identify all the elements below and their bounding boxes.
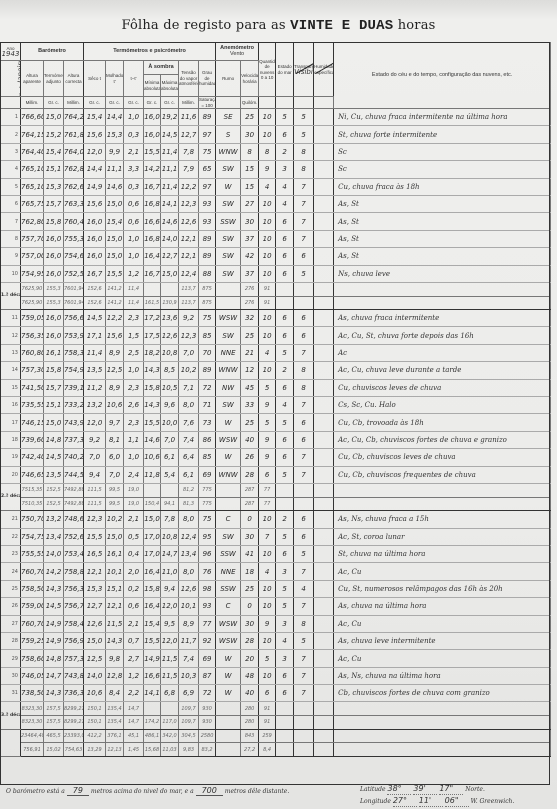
specific-humidity-header: Humidade específica (314, 43, 334, 97)
unit-cell: Gr. c. (44, 97, 64, 109)
vel-cell: 26 (241, 449, 259, 466)
remarks-cell: As, chuva leve intermitente (334, 632, 551, 649)
summary-empty-cell (334, 282, 551, 296)
humidity-specific-cell (314, 615, 334, 632)
summary-cell: 287 (241, 497, 259, 511)
day-cell: 13 (1, 344, 21, 361)
rumo-cell: WNW (216, 143, 241, 160)
diff-cell: 0,3 (124, 178, 144, 195)
max-cell: 11,4 (161, 143, 179, 160)
mar-cell: 6 (276, 667, 294, 684)
day-cell: 22 (1, 528, 21, 545)
table-row: 23755,5514,0753,4016,516,10,417,014,713,… (1, 545, 551, 562)
seco-cell: 12,5 (84, 650, 106, 667)
corr-cell: 762,80 (64, 161, 84, 178)
tensao-header: Tensão do vapor atmosférico (179, 61, 199, 97)
summary-empty-cell (314, 702, 334, 716)
nuv-cell: 10 (259, 265, 276, 282)
nuv-cell: 6 (259, 685, 276, 702)
diff-cell: 2,1 (124, 615, 144, 632)
max-cell: 14,6 (161, 213, 179, 230)
molh-cell: 14,3 (106, 632, 124, 649)
summary-cell: 152,6 (84, 296, 106, 310)
term-cell: 16,1 (44, 344, 64, 361)
alt-cell: 758,60 (21, 650, 44, 667)
day-cell: 5 (1, 178, 21, 195)
min-cell: 16,7 (144, 265, 161, 282)
summary-cell: 775 (199, 497, 216, 511)
hum-cell: 75 (199, 511, 216, 528)
seco-cell: 15,5 (84, 528, 106, 545)
mar-cell: 6 (276, 213, 294, 230)
alt-cell: 760,80 (21, 344, 44, 361)
day-cell: 16 (1, 397, 21, 414)
rumo-cell: W (216, 449, 241, 466)
hum-cell: 69 (199, 466, 216, 483)
max-cell: 10,5 (161, 379, 179, 396)
rumo-cell: SW (216, 397, 241, 414)
rumo-cell: SW (216, 161, 241, 178)
summary-empty-cell (276, 296, 294, 310)
table-row: 4765,1015,1762,8014,411,13,314,211,17,96… (1, 161, 551, 178)
summary-cell: 280 (241, 702, 259, 716)
vel-cell: 0 (241, 598, 259, 615)
day-cell: 23 (1, 545, 21, 562)
molh-cell: 9,7 (106, 414, 124, 431)
rumo-cell: SW (216, 528, 241, 545)
unit-cell (294, 97, 314, 109)
rumo-cell: WNW (216, 466, 241, 483)
remarks-header: Estado do céu e do tempo, configuração d… (334, 43, 551, 109)
seco-cell: 10,6 (84, 685, 106, 702)
summary-empty-cell (334, 484, 551, 498)
min-cell: 15,5 (144, 632, 161, 649)
mar-cell: 6 (276, 248, 294, 265)
corr-cell: 752,68 (64, 528, 84, 545)
humidity-specific-cell (314, 310, 334, 327)
altura-aparente-header: Altura aparente (21, 61, 44, 97)
term-cell: 15,0 (44, 109, 64, 126)
rumo-cell: SW (216, 327, 241, 344)
humidity-specific-cell (314, 667, 334, 684)
remarks-cell: As, St (334, 213, 551, 230)
summary-cell: 111,5 (84, 484, 106, 498)
remarks-cell: Ac (334, 344, 551, 361)
remarks-cell: Ni, Cu, chuva fraca intermitente na últi… (334, 109, 551, 126)
summary-cell: 486,1 (144, 729, 161, 743)
summary-cell: 8,4 (259, 743, 276, 757)
vis-cell: 5 (294, 632, 314, 649)
molh-cell: 15,1 (106, 580, 124, 597)
summary-empty-cell (294, 282, 314, 296)
humidity-specific-cell (314, 109, 334, 126)
humidity-specific-cell (314, 580, 334, 597)
term-cell: 14,0 (44, 545, 64, 562)
mar-cell: 3 (276, 615, 294, 632)
summary-empty-cell (314, 497, 334, 511)
day-cell: 2 (1, 126, 21, 143)
nuv-cell: 9 (259, 397, 276, 414)
term-cell: 15,3 (44, 178, 64, 195)
vel-cell: 40 (241, 431, 259, 448)
summary-cell: 99,5 (106, 497, 124, 511)
alt-cell: 765,75 (21, 195, 44, 212)
summary-empty-cell (276, 716, 294, 730)
alt-cell: 754,75 (21, 528, 44, 545)
term-cell: 16,0 (44, 248, 64, 265)
tens-cell: 7,4 (179, 650, 199, 667)
corr-cell: 740,23 (64, 449, 84, 466)
term-cell: 16,0 (44, 265, 64, 282)
tens-cell: 8,0 (179, 397, 199, 414)
summary-cell: 23393,03 (64, 729, 84, 743)
summary-cell: 152,5 (44, 484, 64, 498)
term-cell: 14,5 (44, 449, 64, 466)
table-row: 1766,6015,0764,2915,414,41,016,019,211,6… (1, 109, 551, 126)
day-cell: 20 (1, 466, 21, 483)
summary-cell: 276 (241, 282, 259, 296)
nuv-cell: 9 (259, 449, 276, 466)
summary-cell: 135,4 (106, 702, 124, 716)
alt-cell: 757,00 (21, 248, 44, 265)
vel-cell: 25 (241, 109, 259, 126)
remarks-cell: As, St (334, 230, 551, 247)
humidity-specific-cell (314, 195, 334, 212)
molh-cell: 15,0 (106, 528, 124, 545)
max-cell: 7,8 (161, 511, 179, 528)
tens-cell: 11,7 (179, 632, 199, 649)
table-row: 24760,7014,2758,8212,110,12,016,411,08,0… (1, 563, 551, 580)
corr-cell: 758,42 (64, 615, 84, 632)
diff-cell: 1,0 (124, 230, 144, 247)
unit-cell: Gr. c. (84, 97, 106, 109)
summary-cell: 155,3 (44, 296, 64, 310)
molh-cell: 8,9 (106, 344, 124, 361)
nuv-cell: 10 (259, 195, 276, 212)
summary-cell (216, 484, 241, 498)
molhado-header: Molhado t' (106, 61, 124, 97)
vis-cell: 8 (294, 615, 314, 632)
tens-cell: 6,4 (179, 449, 199, 466)
summary-cell: 161,5 (144, 296, 161, 310)
humidity-specific-cell (314, 143, 334, 160)
unit-cell: Saturação = 100 (199, 97, 216, 109)
page-title: Fôlha de registo para as VINTE E DUAS ho… (0, 18, 557, 34)
maxima-header: Máxima absoluta (161, 75, 179, 97)
summary-cell: 117,0 (161, 716, 179, 730)
summary-cell: 13,29 (84, 743, 106, 757)
tens-cell: 12,7 (179, 126, 199, 143)
molh-cell: 12,8 (106, 667, 124, 684)
alt-cell: 746,05 (21, 667, 44, 684)
summary-cell: 259 (259, 729, 276, 743)
day-cell: 21 (1, 511, 21, 528)
mar-cell: 5 (276, 528, 294, 545)
vis-cell: 7 (294, 178, 314, 195)
alt-cell: 765,10 (21, 161, 44, 178)
summary-empty-cell (276, 484, 294, 498)
alt-cell: 746,15 (21, 414, 44, 431)
summary-cell: 412,2 (84, 729, 106, 743)
day-cell: 24 (1, 563, 21, 580)
diff-cell: 1,0 (124, 248, 144, 265)
humidity-specific-cell (314, 598, 334, 615)
term-cell: 14,5 (44, 598, 64, 615)
summary-cell: 287 (241, 484, 259, 498)
day-cell: 30 (1, 667, 21, 684)
nuv-cell: 9 (259, 431, 276, 448)
seco-cell: 9,4 (84, 466, 106, 483)
diff-cell: 0,5 (124, 528, 144, 545)
unit-cell: Millim. (64, 97, 84, 109)
seco-cell: 17,1 (84, 327, 106, 344)
seco-cell: 15,0 (84, 632, 106, 649)
rumo-cell: NW (216, 379, 241, 396)
hum-cell: 65 (199, 161, 216, 178)
corr-cell: 752,56 (64, 265, 84, 282)
table-row: 16735,5515,1733,2713,210,62,614,39,68,07… (1, 397, 551, 414)
hum-cell: 85 (199, 327, 216, 344)
vel-cell: 18 (241, 563, 259, 580)
molh-cell: 12,2 (106, 310, 124, 327)
summary-cell: 875 (199, 296, 216, 310)
barometer-height: 79 (67, 786, 89, 796)
tens-cell: 7,6 (179, 414, 199, 431)
summary-cell: 141,2 (106, 296, 124, 310)
seco-cell: 14,0 (84, 667, 106, 684)
summary-cell: 843 (241, 729, 259, 743)
seco-cell: 13,5 (84, 362, 106, 379)
tens-cell: 7,0 (179, 344, 199, 361)
summary-cell: 7625,90 (21, 282, 44, 296)
rumo-cell: WSW (216, 431, 241, 448)
tens-cell: 12,6 (179, 213, 199, 230)
tens-cell: 12,1 (179, 230, 199, 247)
hum-cell: 98 (199, 580, 216, 597)
summary-cell: 7601,94 (64, 282, 84, 296)
vel-cell: 30 (241, 213, 259, 230)
table-row: 19742,4014,5740,237,06,01,010,66,16,485W… (1, 449, 551, 466)
mar-cell: 6 (276, 265, 294, 282)
table-row: 18739,6014,8737,399,28,11,114,67,07,486W… (1, 431, 551, 448)
seco-cell: 15,4 (84, 109, 106, 126)
decade-summary-row: 7510,35152,57492,88111,599,519,0150,494,… (1, 497, 551, 511)
title-emphasis: VINTE E DUAS (290, 18, 393, 34)
humidity-specific-cell (314, 178, 334, 195)
molh-cell: 15,5 (106, 265, 124, 282)
rumo-cell: C (216, 598, 241, 615)
corr-cell: 737,39 (64, 431, 84, 448)
summary-cell: 113,7 (179, 282, 199, 296)
summary-cell (144, 484, 161, 498)
velocidade-header: Velocidade horária (241, 61, 259, 97)
diff-cell: 1,0 (124, 109, 144, 126)
seco-cell: 14,5 (84, 310, 106, 327)
max-cell: 10,8 (161, 528, 179, 545)
diff-cell: 2,3 (124, 310, 144, 327)
alt-cell: 739,60 (21, 431, 44, 448)
coordinates: Latitude 38° 39' 17" Norte. Longitude 27… (360, 783, 514, 807)
summary-empty-cell (294, 729, 314, 743)
humidity-specific-cell (314, 431, 334, 448)
vel-cell: 25 (241, 327, 259, 344)
corr-cell: 748,67 (64, 511, 84, 528)
day-cell: 18 (1, 431, 21, 448)
day-cell: 11 (1, 310, 21, 327)
tens-cell: 8,0 (179, 511, 199, 528)
vel-cell: 8 (241, 143, 259, 160)
day-cell: 14 (1, 362, 21, 379)
term-cell: 15,7 (44, 379, 64, 396)
max-cell: 14,1 (161, 195, 179, 212)
remarks-cell: Ac, Cu, St, chuva forte depois das 16h (334, 327, 551, 344)
vis-cell: 6 (294, 511, 314, 528)
day-cell: 25 (1, 580, 21, 597)
summary-empty-cell (334, 716, 551, 730)
diff-cell: 0,2 (124, 580, 144, 597)
term-cell: 14,7 (44, 667, 64, 684)
decade-summary-row: 7625,90155,37601,94152,6141,211,4161,513… (1, 296, 551, 310)
diff-cell: 2,7 (124, 650, 144, 667)
mar-cell: 2 (276, 362, 294, 379)
register-body: 1766,6015,0764,2915,414,41,016,019,211,6… (1, 109, 551, 757)
summary-cell: 174,2 (144, 716, 161, 730)
molh-cell: 8,9 (106, 379, 124, 396)
decade-label (1, 729, 21, 756)
nuv-cell: 9 (259, 615, 276, 632)
summary-cell: 8299,21 (64, 716, 84, 730)
day-cell: 9 (1, 248, 21, 265)
table-row: 28759,2514,9756,9515,014,30,715,512,011,… (1, 632, 551, 649)
min-cell: 16,8 (144, 195, 161, 212)
summary-cell (144, 702, 161, 716)
summary-cell: 99,5 (106, 484, 124, 498)
diff-cell: 1,2 (124, 265, 144, 282)
unit-cell: Gr. c. (144, 97, 161, 109)
remarks-cell: As, chuva na última hora (334, 598, 551, 615)
hum-cell: 96 (199, 545, 216, 562)
summary-cell (216, 716, 241, 730)
mar-cell: 5 (276, 580, 294, 597)
term-cell: 15,8 (44, 213, 64, 230)
mar-cell: 5 (276, 109, 294, 126)
tens-cell: 12,2 (179, 178, 199, 195)
min-cell: 15,4 (144, 615, 161, 632)
humidity-specific-cell (314, 230, 334, 247)
tens-cell: 6,9 (179, 685, 199, 702)
remarks-cell: Sc (334, 143, 551, 160)
summary-empty-cell (314, 484, 334, 498)
corr-cell: 753,96 (64, 327, 84, 344)
diff-cell: 2,1 (124, 143, 144, 160)
summary-empty-cell (276, 497, 294, 511)
vis-cell: 5 (294, 126, 314, 143)
barometer-distance: 700 (196, 786, 223, 796)
tens-cell: 12,3 (179, 327, 199, 344)
decade-summary-row: 8323,30157,58299,21150,1135,414,7174,211… (1, 716, 551, 730)
vis-cell: 7 (294, 563, 314, 580)
summary-cell (161, 702, 179, 716)
summary-cell: 8299,21 (64, 702, 84, 716)
mar-cell: 3 (276, 563, 294, 580)
diff-cell: 1,2 (124, 667, 144, 684)
tens-cell: 7,4 (179, 431, 199, 448)
day-cell: 27 (1, 615, 21, 632)
summary-cell: 91 (259, 702, 276, 716)
seco-cell: 12,7 (84, 598, 106, 615)
rumo-cell: SSW (216, 580, 241, 597)
remarks-cell: Ac, Cu (334, 615, 551, 632)
corr-cell: 743,85 (64, 667, 84, 684)
mar-cell: 4 (276, 195, 294, 212)
term-cell: 16,0 (44, 327, 64, 344)
mar-cell: 6 (276, 685, 294, 702)
remarks-cell: As, St (334, 248, 551, 265)
max-cell: 12,0 (161, 598, 179, 615)
remarks-cell: As, chuva fraca intermitente (334, 310, 551, 327)
term-cell: 15,4 (44, 143, 64, 160)
vis-cell: 7 (294, 667, 314, 684)
term-cell: 15,2 (44, 126, 64, 143)
tens-cell: 7,1 (179, 379, 199, 396)
rumo-cell: SSW (216, 545, 241, 562)
nuv-cell: 10 (259, 580, 276, 597)
summary-cell: 756,91 (21, 743, 44, 757)
unit-cell (314, 97, 334, 109)
day-cell: 1 (1, 109, 21, 126)
nuv-cell: 10 (259, 310, 276, 327)
remarks-cell: As, Ns, chuva fraca a 15h (334, 511, 551, 528)
min-cell: 16,0 (144, 126, 161, 143)
min-cell: 15,5 (144, 143, 161, 160)
vis-cell: 5 (294, 545, 314, 562)
summary-empty-cell (334, 497, 551, 511)
remarks-cell: Cs, Sc, Cu. Halo (334, 397, 551, 414)
remarks-cell: Cu, St, numerosos relâmpagos das 16h às … (334, 580, 551, 597)
seco-cell: 14,9 (84, 178, 106, 195)
table-row: 11759,0516,0756,6514,512,22,317,213,69,2… (1, 310, 551, 327)
alt-cell: 742,40 (21, 449, 44, 466)
summary-empty-cell (334, 296, 551, 310)
summary-empty-cell (294, 743, 314, 757)
vel-cell: 41 (241, 545, 259, 562)
molh-cell: 11,5 (106, 615, 124, 632)
anemometer-header: AnemómetroVento (216, 43, 259, 61)
corr-cell: 753,40 (64, 545, 84, 562)
table-row: 17746,1515,0743,9112,09,72,315,510,07,67… (1, 414, 551, 431)
molh-cell: 14,4 (106, 109, 124, 126)
min-cell: 15,8 (144, 379, 161, 396)
vel-cell: 42 (241, 248, 259, 265)
seco-cell: 12,0 (84, 414, 106, 431)
min-cell: 17,5 (144, 327, 161, 344)
decade-label: 1.ª década (1, 282, 21, 309)
mar-cell: 2 (276, 143, 294, 160)
decade-label: 2.ª década (1, 484, 21, 511)
vel-cell: 15 (241, 161, 259, 178)
nuv-cell: 4 (259, 344, 276, 361)
summary-cell: 465,5 (44, 729, 64, 743)
minima-header: Mínima absoluta (144, 75, 161, 97)
summary-cell: 130,9 (161, 296, 179, 310)
seco-cell: 16,5 (84, 545, 106, 562)
mar-cell: 3 (276, 161, 294, 178)
title-prefix: Fôlha de registo para as (121, 18, 285, 33)
summary-empty-cell (334, 743, 551, 757)
nuv-cell: 10 (259, 667, 276, 684)
summary-cell: 109,7 (179, 702, 199, 716)
diff-cell: 1,1 (124, 431, 144, 448)
